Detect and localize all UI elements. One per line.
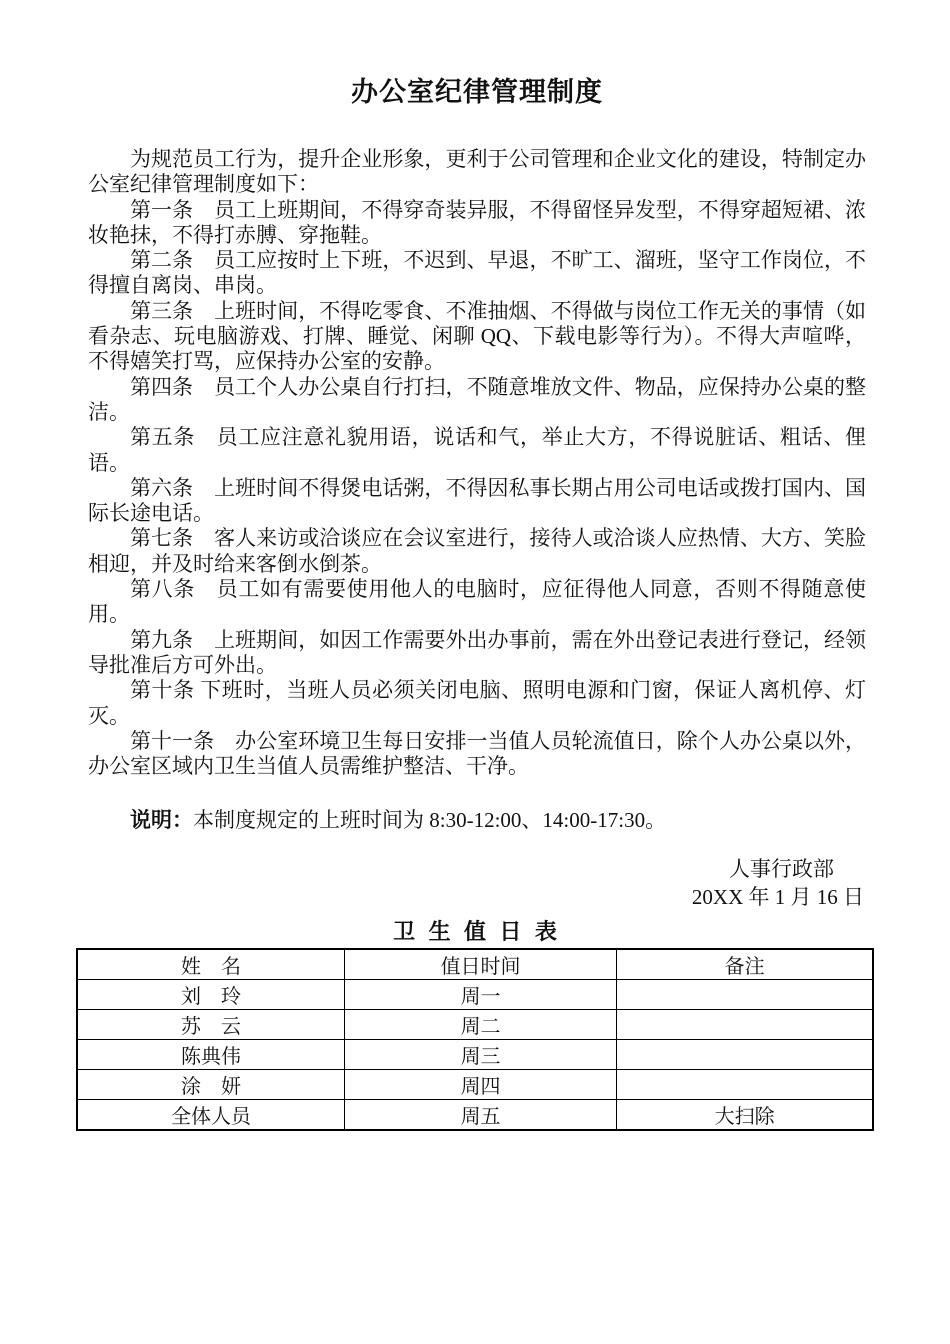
note-label: 说明： — [130, 808, 193, 832]
paragraph: 第七条 客人来访或洽谈应在会议室进行，接待人或洽谈人应热情、大方、笑脸相迎，并及… — [88, 526, 866, 577]
cell-duty-day: 周三 — [344, 1040, 616, 1070]
cell-name: 陈典伟 — [77, 1040, 344, 1070]
paragraph: 第九条 上班期间，如因工作需要外出办事前，需在外出登记表进行登记，经领导批准后方… — [88, 628, 866, 679]
signature-block: 人事行政部 20XX 年 1 月 16 日 — [88, 855, 866, 911]
paragraph: 第十条 下班时，当班人员必须关闭电脑、照明电源和门窗，保证人离机停、灯灭。 — [88, 678, 866, 729]
note-text: 本制度规定的上班时间为 8:30-12:00、14:00-17:30。 — [193, 808, 666, 832]
cell-remark — [617, 1070, 873, 1100]
cell-name: 刘 玲 — [77, 980, 344, 1010]
cell-duty-day: 周五 — [344, 1100, 616, 1131]
cell-remark: 大扫除 — [617, 1100, 873, 1131]
page-title: 办公室纪律管理制度 — [88, 76, 866, 109]
cell-remark — [617, 980, 873, 1010]
table-header-row: 姓 名 值日时间 备注 — [77, 949, 873, 980]
table-header-cell: 值日时间 — [344, 949, 616, 980]
paragraph: 第二条 员工应按时上下班，不迟到、早退，不旷工、溜班，坚守工作岗位，不得擅自离岗… — [88, 248, 866, 299]
table-header-cell: 姓 名 — [77, 949, 344, 980]
table-row: 陈典伟 周三 — [77, 1040, 873, 1070]
table-row: 苏 云 周二 — [77, 1010, 873, 1040]
body-paragraphs: 为规范员工行为，提升企业形象，更利于公司管理和企业文化的建设，特制定办公室纪律管… — [88, 147, 866, 779]
cell-duty-day: 周四 — [344, 1070, 616, 1100]
cell-name: 全体人员 — [77, 1100, 344, 1131]
paragraph: 第六条 上班时间不得煲电话粥，不得因私事长期占用公司电话或拨打国内、国际长途电话… — [88, 476, 866, 527]
table-row: 涂 妍 周四 — [77, 1070, 873, 1100]
document-page: 办公室纪律管理制度 为规范员工行为，提升企业形象，更利于公司管理和企业文化的建设… — [0, 0, 950, 1344]
duty-table-title: 卫 生 值 日 表 — [88, 915, 866, 946]
cell-remark — [617, 1040, 873, 1070]
cell-duty-day: 周二 — [344, 1010, 616, 1040]
signature-department: 人事行政部 — [88, 855, 866, 883]
paragraph: 第八条 员工如有需要使用他人的电脑时，应征得他人同意，否则不得随意使用。 — [88, 577, 866, 628]
cell-name: 涂 妍 — [77, 1070, 344, 1100]
table-row: 刘 玲 周一 — [77, 980, 873, 1010]
duty-roster-table: 姓 名 值日时间 备注 刘 玲 周一 苏 云 周二 — [76, 948, 874, 1131]
cell-duty-day: 周一 — [344, 980, 616, 1010]
paragraph: 第十一条 办公室环境卫生每日安排一当值人员轮流值日，除个人办公桌以外，办公室区域… — [88, 729, 866, 780]
table-row: 全体人员 周五 大扫除 — [77, 1100, 873, 1131]
paragraph: 第三条 上班时间，不得吃零食、不准抽烟、不得做与岗位工作无关的事情（如看杂志、玩… — [88, 299, 866, 375]
paragraph: 第五条 员工应注意礼貌用语，说话和气，举止大方，不得说脏话、粗话、俚语。 — [88, 425, 866, 476]
cell-name: 苏 云 — [77, 1010, 344, 1040]
table-header-cell: 备注 — [617, 949, 873, 980]
table-body: 刘 玲 周一 苏 云 周二 陈典伟 周三 涂 妍 — [77, 980, 873, 1131]
cell-remark — [617, 1010, 873, 1040]
paragraph: 第四条 员工个人办公桌自行打扫，不随意堆放文件、物品，应保持办公桌的整洁。 — [88, 375, 866, 426]
signature-date: 20XX 年 1 月 16 日 — [88, 883, 866, 911]
note-line: 说明：本制度规定的上班时间为 8:30-12:00、14:00-17:30。 — [88, 807, 866, 833]
paragraph: 为规范员工行为，提升企业形象，更利于公司管理和企业文化的建设，特制定办公室纪律管… — [88, 147, 866, 198]
paragraph: 第一条 员工上班期间，不得穿奇装异服，不得留怪异发型，不得穿超短裙、浓妆艳抹，不… — [88, 198, 866, 249]
